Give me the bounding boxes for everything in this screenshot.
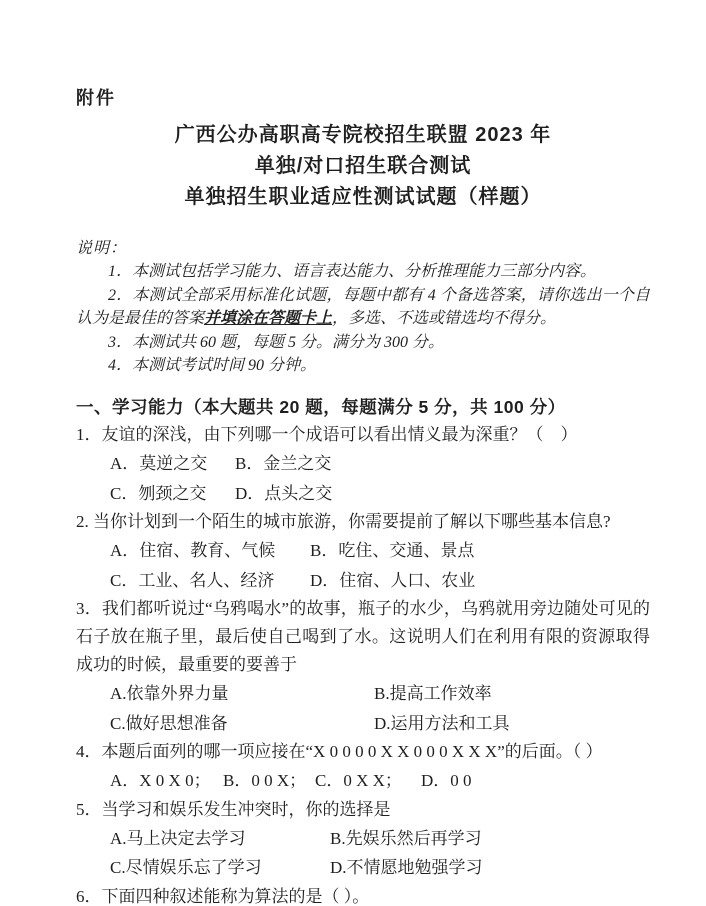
question-3: 3．我们都听说过“乌鸦喝水”的故事，瓶子的水少，乌鸦就用旁边随处可见的石子放在瓶…	[76, 595, 650, 738]
title-line-2: 单独/对口招生联合测试	[76, 151, 650, 182]
question-1-option-b: B．金兰之交	[235, 449, 650, 479]
instructions-heading: 说明：	[76, 237, 650, 260]
instruction-item-1: 1．本测试包括学习能力、语言表达能力、分析推理能力三部分内容。	[76, 260, 650, 283]
question-6-stem: 6．下面四种叙述能称为算法的是（ ）。	[76, 883, 650, 906]
instruction-item-2: 2．本测试全部采用标准化试题，每题中都有 4 个备选答案，请你选出一个自认为是最…	[76, 284, 650, 331]
question-3-stem: 3．我们都听说过“乌鸦喝水”的故事，瓶子的水少，乌鸦就用旁边随处可见的石子放在瓶…	[76, 595, 650, 679]
question-4-option-a: A．X 0 X 0；	[110, 766, 223, 796]
exam-document-page: 附件 广西公办高职高专院校招生联盟 2023 年 单独/对口招生联合测试 单独招…	[0, 0, 706, 906]
question-1-option-c: C．刎颈之交	[110, 479, 235, 509]
question-5-option-b: B.先娱乐然后再学习	[330, 824, 650, 854]
question-2: 2. 当你计划到一个陌生的城市旅游，你需要提前了解以下哪些基本信息? A．住宿、…	[76, 508, 650, 595]
question-1-option-d: D．点头之交	[235, 479, 650, 509]
question-2-option-b: B．吃住、交通、景点	[310, 536, 650, 566]
instruction-item-3: 3．本测试共 60 题，每题 5 分。满分为 300 分。	[76, 331, 650, 354]
question-2-option-c: C．工业、名人、经济	[110, 566, 310, 596]
question-4-option-b: B．0 0 X；	[223, 766, 315, 796]
question-3-option-d: D.运用方法和工具	[374, 709, 650, 739]
title-line-3: 单独招生职业适应性测试试题（样题）	[76, 182, 650, 213]
question-5: 5．当学习和娱乐发生冲突时，你的选择是 A.马上决定去学习 B.先娱乐然后再学习…	[76, 796, 650, 883]
question-4-option-d: D．0 0	[421, 766, 650, 796]
question-4-option-c: C．0 X X；	[315, 766, 421, 796]
instructions-block: 说明： 1．本测试包括学习能力、语言表达能力、分析推理能力三部分内容。 2．本测…	[76, 237, 650, 377]
question-2-stem: 2. 当你计划到一个陌生的城市旅游，你需要提前了解以下哪些基本信息?	[76, 508, 650, 536]
question-4-options: A．X 0 X 0； B．0 0 X； C．0 X X； D．0 0	[110, 766, 650, 796]
question-4: 4．本题后面列的哪一项应接在“X 0 0 0 0 X X 0 0 0 X X X…	[76, 738, 650, 796]
document-title: 广西公办高职高专院校招生联盟 2023 年 单独/对口招生联合测试 单独招生职业…	[76, 120, 650, 213]
instruction-item-2-emphasis: 并填涂在答题卡上	[204, 310, 332, 327]
title-line-1: 广西公办高职高专院校招生联盟 2023 年	[76, 120, 650, 151]
question-2-option-a: A．住宿、教育、气候	[110, 536, 310, 566]
question-5-option-c: C.尽情娱乐忘了学习	[110, 853, 330, 883]
attachment-label: 附件	[76, 88, 650, 108]
question-5-option-d: D.不情愿地勉强学习	[330, 853, 650, 883]
question-5-option-a: A.马上决定去学习	[110, 824, 330, 854]
question-1-stem: 1．友谊的深浅，由下列哪一个成语可以看出情义最为深重？（ ）	[76, 421, 650, 449]
question-5-options: A.马上决定去学习 B.先娱乐然后再学习 C.尽情娱乐忘了学习 D.不情愿地勉强…	[110, 824, 650, 883]
question-4-stem: 4．本题后面列的哪一项应接在“X 0 0 0 0 X X 0 0 0 X X X…	[76, 738, 650, 766]
section-heading-learning-ability: 一、学习能力（本大题共 20 题，每题满分 5 分，共 100 分）	[76, 393, 650, 421]
question-2-option-d: D．住宿、人口、农业	[310, 566, 650, 596]
instruction-item-4: 4．本测试考试时间 90 分钟。	[76, 354, 650, 377]
question-1-options: A．莫逆之交 B．金兰之交 C．刎颈之交 D．点头之交	[110, 449, 650, 508]
question-3-option-b: B.提高工作效率	[374, 679, 650, 709]
question-3-options: A.依靠外界力量 B.提高工作效率 C.做好思想准备 D.运用方法和工具	[110, 679, 650, 738]
question-2-options: A．住宿、教育、气候 B．吃住、交通、景点 C．工业、名人、经济 D．住宿、人口…	[110, 536, 650, 595]
question-3-option-c: C.做好思想准备	[110, 709, 374, 739]
instruction-item-2-post: ，多选、不选或错选均不得分。	[332, 310, 556, 327]
question-3-option-a: A.依靠外界力量	[110, 679, 374, 709]
question-6: 6．下面四种叙述能称为算法的是（ ）。	[76, 883, 650, 906]
question-5-stem: 5．当学习和娱乐发生冲突时，你的选择是	[76, 796, 650, 824]
question-1: 1．友谊的深浅，由下列哪一个成语可以看出情义最为深重？（ ） A．莫逆之交 B．…	[76, 421, 650, 508]
question-1-option-a: A．莫逆之交	[110, 449, 235, 479]
